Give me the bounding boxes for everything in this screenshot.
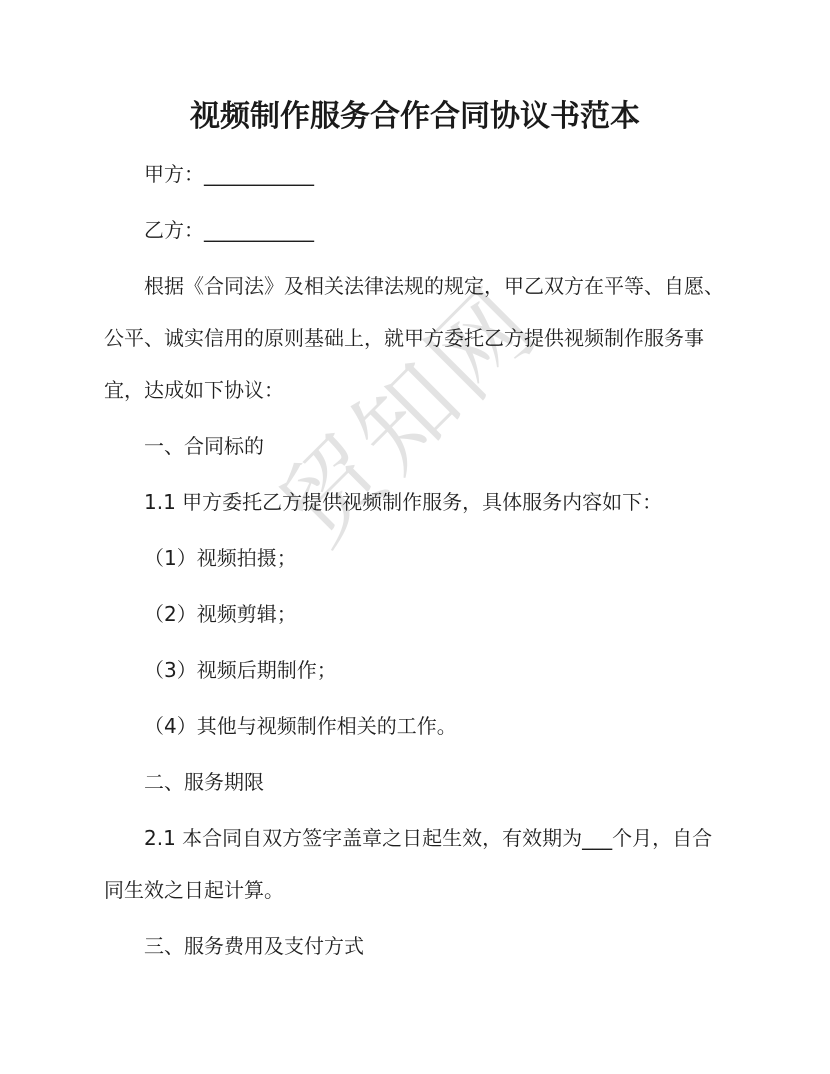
section-2-heading: 二、服务期限 bbox=[104, 756, 726, 808]
party-a-line: 甲方：___________ bbox=[104, 148, 726, 200]
party-a-blank-line: ___________ bbox=[204, 162, 314, 186]
service-item-1: （1）视频拍摄； bbox=[104, 532, 726, 584]
clause-1-1: 1.1 甲方委托乙方提供视频制作服务，具体服务内容如下： bbox=[104, 476, 726, 528]
service-item-3: （3）视频后期制作； bbox=[104, 644, 726, 696]
service-item-4: （4）其他与视频制作相关的工作。 bbox=[104, 700, 726, 752]
section-1-heading: 一、合同标的 bbox=[104, 420, 726, 472]
clause-2-1: 2.1 本合同自双方签字盖章之日起生效，有效期为___个月，自合同生效之日起计算… bbox=[104, 812, 726, 916]
document-body: 视频制作服务合作合同协议书范本 甲方：___________ 乙方：______… bbox=[0, 0, 830, 972]
party-b-label: 乙方： bbox=[144, 218, 204, 242]
party-b-line: 乙方：___________ bbox=[104, 204, 726, 256]
section-3-heading: 三、服务费用及支付方式 bbox=[104, 920, 726, 972]
document-title: 视频制作服务合作合同协议书范本 bbox=[104, 96, 726, 138]
service-item-2: （2）视频剪辑； bbox=[104, 588, 726, 640]
party-a-label: 甲方： bbox=[144, 162, 204, 186]
contract-document-page: 贸知网 视频制作服务合作合同协议书范本 甲方：___________ 乙方：__… bbox=[0, 0, 830, 1074]
intro-paragraph: 根据《合同法》及相关法律法规的规定，甲乙双方在平等、自愿、公平、诚实信用的原则基… bbox=[104, 260, 726, 416]
party-b-blank-line: ___________ bbox=[204, 218, 314, 242]
